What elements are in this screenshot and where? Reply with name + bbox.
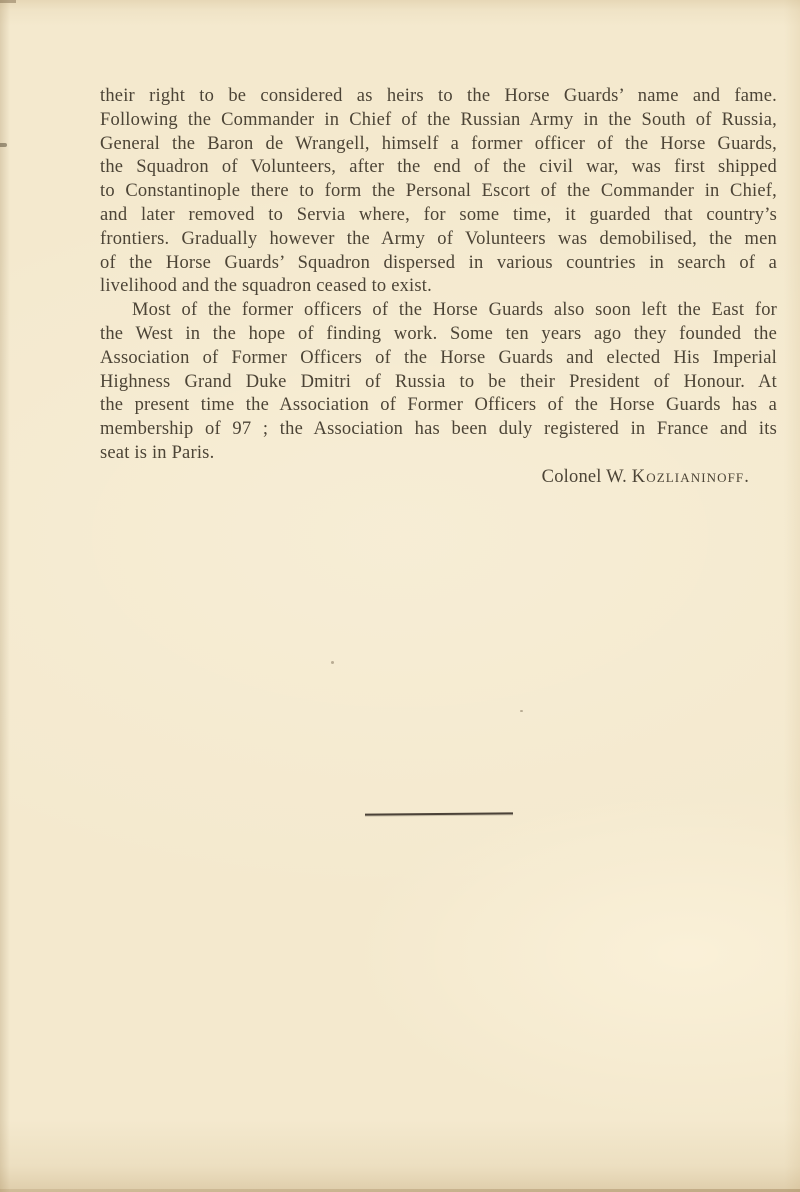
signature-rank: Colonel W. [542,467,627,487]
text-line: and later removed to Servia where, for s… [100,204,777,228]
text-line: Most of the former officers of the Horse… [100,299,777,323]
text-line: Association of Former Officers of the Ho… [100,347,777,371]
paper-speck [331,661,334,664]
text-line: of the Horse Guards’ Squadron dispersed … [100,252,777,276]
paragraph: their right to be considered as heirs to… [100,85,777,299]
text-line: livelihood and the squadron ceased to ex… [100,275,777,299]
text-line: Highness Grand Duke Dmitri of Russia to … [100,371,777,395]
scan-edge-artifact [0,0,16,3]
signature-line: Colonel W. Kozlianinoff. [100,466,777,490]
scan-edge-artifact [0,143,7,147]
text-line: Following the Commander in Chief of the … [100,109,777,133]
text-line: membership of 97 ; the Association has b… [100,418,777,442]
paragraph: Most of the former officers of the Horse… [100,299,777,466]
text-line: frontiers. Gradually however the Army of… [100,228,777,252]
scanned-book-page: their right to be considered as heirs to… [0,0,800,1192]
text-line: seat is in Paris. [100,442,777,466]
text-line: the Squadron of Volunteers, after the en… [100,156,777,180]
text-line: to Constantinople there to form the Pers… [100,180,777,204]
text-line: the present time the Association of Form… [100,394,777,418]
section-divider-rule [365,812,513,815]
body-text-block: their right to be considered as heirs to… [100,85,777,490]
text-line: General the Baron de Wrangell, himself a… [100,133,777,157]
paper-speck [520,710,523,712]
text-line: the West in the hope of finding work. So… [100,323,777,347]
signature-surname: Kozlianinoff. [632,467,750,487]
text-line: their right to be considered as heirs to… [100,85,777,109]
